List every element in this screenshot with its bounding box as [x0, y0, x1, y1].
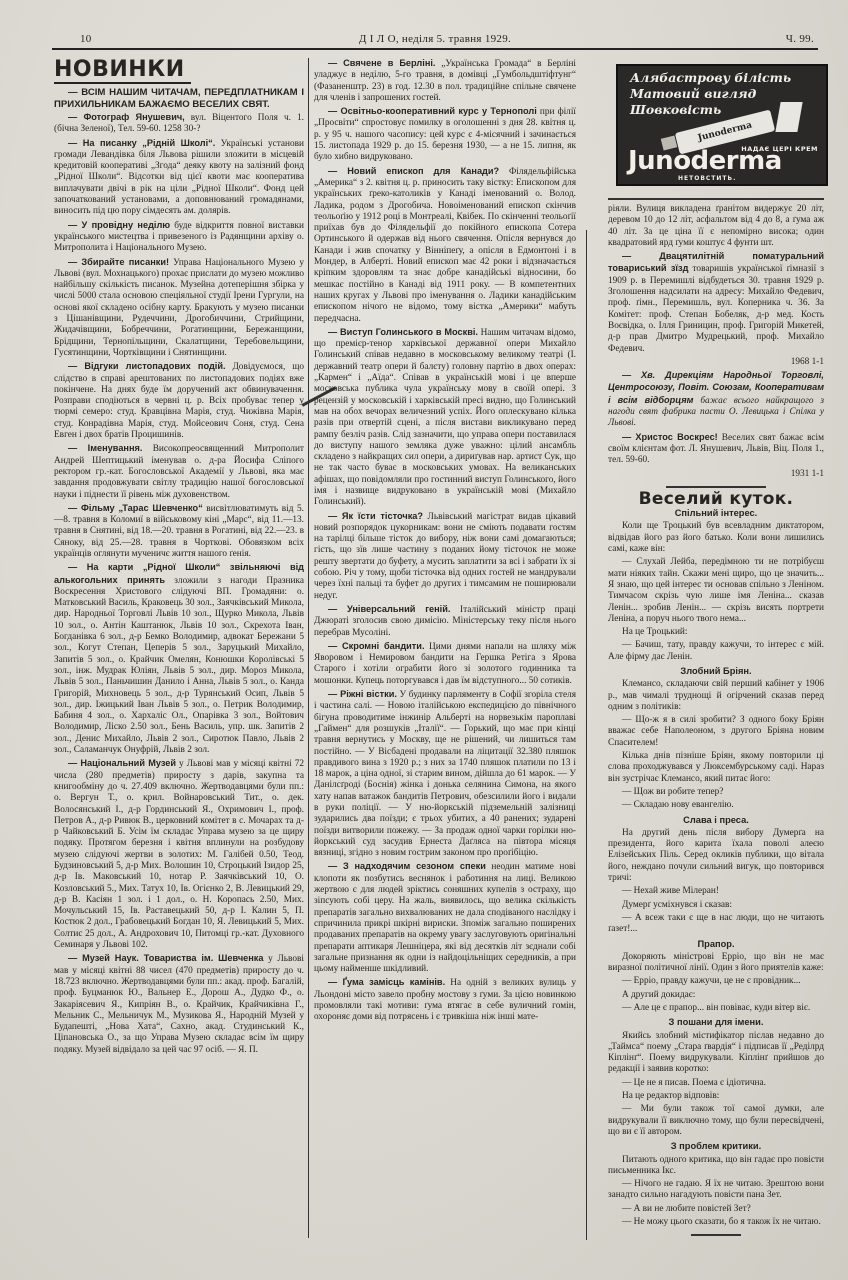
joke-title: Прапор.: [608, 939, 824, 950]
column-ads-humor: Алябастрову білість Матовий вигляд Шовко…: [608, 58, 824, 1242]
notice: — Двацятилітній поматуральний товариськи…: [608, 251, 824, 355]
newspaper-page: 10 Д І Л О, неділя 5. травня 1929. Ч. 99…: [0, 0, 848, 1280]
ad-slogan: Алябастрову білість: [630, 72, 791, 83]
news-item: — Як їсти тісточка? Львівський магістрат…: [314, 511, 576, 602]
news-item: — У провідну неділю буде відкриття повно…: [54, 220, 304, 255]
ad-brand: Junoderma: [628, 148, 782, 174]
news-item: — На карти „Рідної Школи“ звільняючі від…: [54, 562, 304, 756]
news-item: — Іменування. Високопреосвященний Митроп…: [54, 443, 304, 500]
ad-slogan: Шовковість: [630, 104, 721, 115]
ad-slogan: Матовий вигляд: [630, 88, 756, 99]
joke-paragraph: — А всеж таки є ще в нас люди, що не чит…: [608, 913, 824, 936]
news-item: — Скромні бандити. Цими днями напали на …: [314, 641, 576, 687]
column-novynky: НОВИНКИ — ВСІМ НАШИМ ЧИТАЧАМ, ПЕРЕДПЛАТН…: [54, 58, 304, 1058]
joke-paragraph: — Це не я писав. Поема є ідіотична.: [608, 1078, 824, 1089]
joke-paragraph: Думерґ усміхнувся і сказав:: [608, 900, 824, 911]
news-item: — Національний Музей у Львові мав у міся…: [54, 758, 304, 951]
masthead: 10 Д І Л О, неділя 5. травня 1929. Ч. 99…: [52, 30, 818, 50]
issue-number: Ч. 99.: [786, 33, 814, 45]
column-divider: [308, 58, 309, 1238]
joke-paragraph: — Нічого не гадаю. Я їх не читаю. Зрешто…: [608, 1179, 824, 1202]
news-item: — Універсальний геній. Італійський мініс…: [314, 604, 576, 639]
news-item: — Новий епископ для Канади? Філядельфійс…: [314, 166, 576, 325]
ad-subline: НЕТОВСТИТЬ.: [678, 173, 736, 184]
column-news-continued: — Свячене в Берліні. „Українська Громада…: [314, 58, 576, 1026]
news-item: — Відгуки листопадових подій. Довідуємос…: [54, 361, 304, 441]
joke-paragraph: — Не можу цього сказати, бо я також їх н…: [608, 1217, 824, 1228]
divider: [666, 486, 766, 488]
joke-paragraph: — А ви не любите повістей Зет?: [608, 1204, 824, 1215]
joke-paragraph: — Але це є прапор... він повіває, куди в…: [608, 1003, 824, 1014]
news-item: — На писанку „Рідній Школі“. Українські …: [54, 138, 304, 218]
joke-paragraph: На це Троцький:: [608, 627, 824, 638]
joke-paragraph: — Що-ж я в силі зробити? З одного боку Б…: [608, 715, 824, 749]
column-divider: [586, 230, 587, 1240]
news-item: — Свячене в Берліні. „Українська Громада…: [314, 58, 576, 104]
joke-paragraph: Докоряють міністрові Ерріо, що він не ма…: [608, 952, 824, 975]
joke-paragraph: А другий докидає:: [608, 990, 824, 1001]
news-item: — Фотограф Янушевич, вул. Віцентого Поля…: [54, 112, 304, 136]
joke-paragraph: — Щож ви робите тепер?: [608, 787, 824, 798]
notice: — Хв. Дирекціям Народньої Торговлі, Цент…: [608, 370, 824, 429]
news-item: — Виступ Голинського в Москві. Нашим чит…: [314, 327, 576, 509]
cream-tube-end-icon: [775, 102, 802, 132]
news-item: — Ґума замісць камінів. На одній з велик…: [314, 977, 576, 1023]
divider: [691, 1234, 741, 1236]
newspaper-title-date: Д І Л О, неділя 5. травня 1929.: [52, 33, 818, 45]
joke-paragraph: — Ерріо, правду кажучи, це не є провідни…: [608, 976, 824, 987]
joke-paragraph: Клемансо, складаючи свій перший кабінет …: [608, 679, 824, 713]
news-item: — Музей Наук. Товариства ім. Шевченка у …: [54, 953, 304, 1056]
joke-paragraph: — Ми були також тої самої думки, але вид…: [608, 1104, 824, 1138]
joke-paragraph: — Слухай Лейба, передімною ти не потрібу…: [608, 557, 824, 625]
divider: [608, 198, 824, 200]
joke-paragraph: Питають одного критика, що він гадає про…: [608, 1155, 824, 1178]
holiday-greeting: — ВСІМ НАШИМ ЧИТАЧАМ, ПЕРЕДПЛАТНИКАМ І П…: [54, 87, 304, 110]
joke-paragraph: — Складаю нову евангелію.: [608, 800, 824, 811]
joke-paragraph: — Бачиш, тату, правду кажучи, то інтерес…: [608, 640, 824, 663]
news-item: — Освітньо-кооперативний курс у Тернопол…: [314, 106, 576, 163]
notice-code: 1968 1-1: [608, 357, 824, 368]
joke-paragraph: — Нехай живе Мілеран!: [608, 886, 824, 897]
joke-title: Спільний інтерес.: [608, 508, 824, 519]
joke-paragraph: На це редактор відповів:: [608, 1091, 824, 1102]
section-heading: НОВИНКИ: [54, 58, 191, 84]
joke-title: Слава і преса.: [608, 815, 824, 826]
joke-paragraph: Якийсь злобний містифікатор післав недав…: [608, 1031, 824, 1076]
joke-paragraph: Кілька днів пізніше Бріян, якому повтори…: [608, 751, 824, 785]
joke-title: З проблем критики.: [608, 1141, 824, 1152]
news-item: — Збирайте писанки! Управа Національного…: [54, 257, 304, 360]
news-item: — З надходячим сезоном спеки неодин мати…: [314, 861, 576, 975]
joke-paragraph: На другий день після вибору Думерґа на п…: [608, 828, 824, 884]
news-item: — Фільму „Тарас Шевченко“ висвітлюватиму…: [54, 503, 304, 560]
notice-code: 1931 1-1: [608, 469, 824, 480]
junoderma-advertisement: Алябастрову білість Матовий вигляд Шовко…: [616, 64, 828, 186]
continued-text: ріяли. Вулиця викладена ґранітом видержу…: [608, 204, 824, 249]
joke-title: З пошани для імени.: [608, 1017, 824, 1028]
humor-section-heading: Веселий куток.: [608, 494, 824, 505]
notice: — Христос Воскрес! Веселих свят бажає вс…: [608, 432, 824, 467]
joke-title: Злобний Бріян.: [608, 666, 824, 677]
news-item: — Ріжні вістки. У будинку парляменту в С…: [314, 689, 576, 859]
joke-paragraph: Коли ще Троцький був всевладним диктатор…: [608, 521, 824, 555]
